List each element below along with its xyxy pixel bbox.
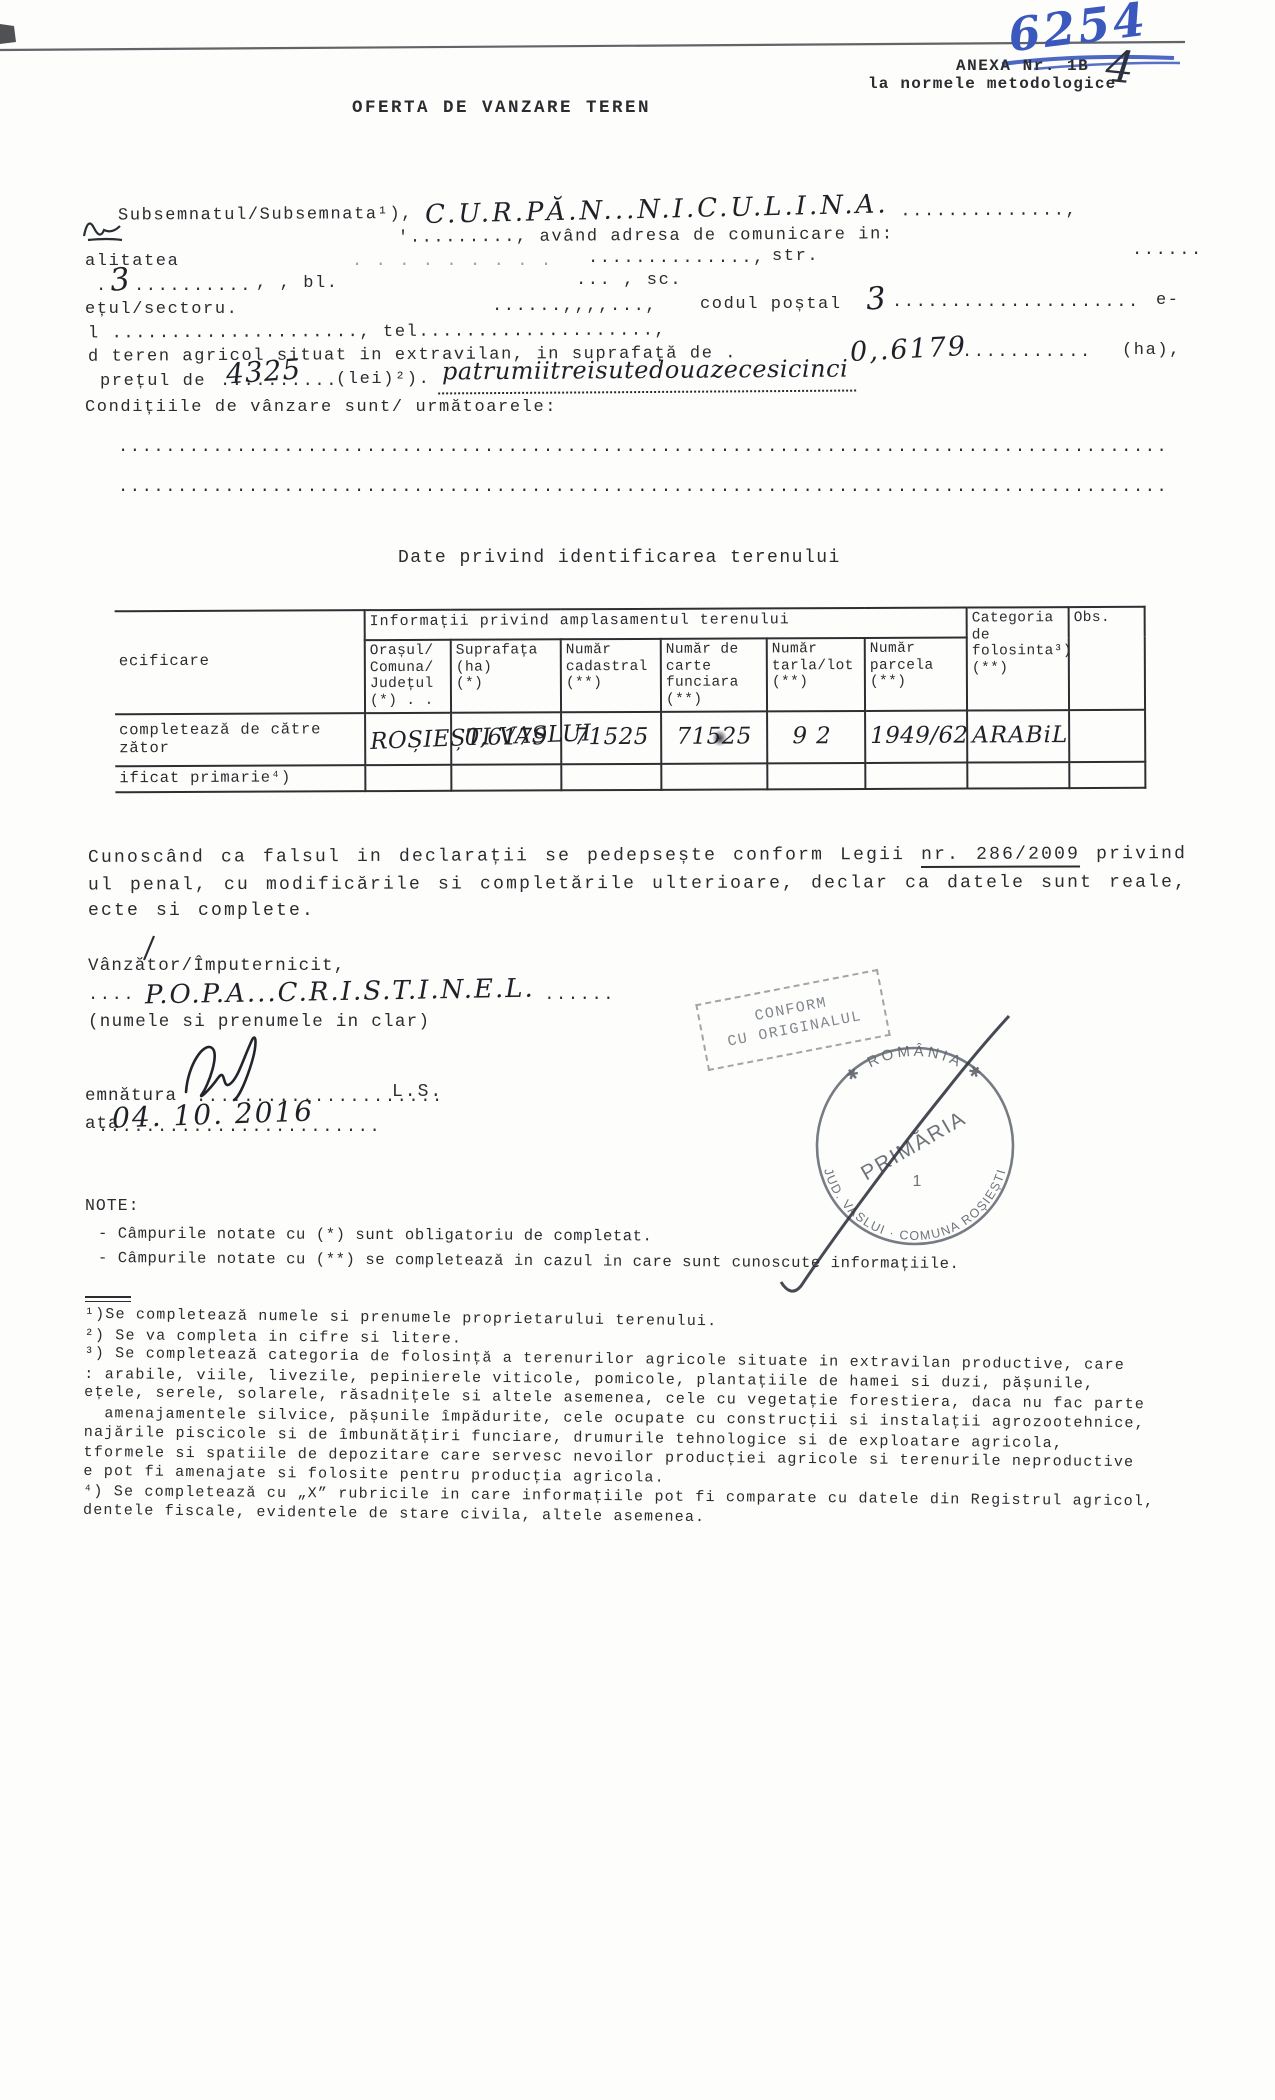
cell-categoria: ARABiL [967,710,1069,762]
footnote-separator [85,1296,131,1302]
header-orasul: Orașul/ Comuna/ Județul (*) . . [365,640,451,713]
cell-parcela: 1949/62 [865,710,967,762]
dotted-leader: ..................... [892,293,1140,312]
dotted-leader: ......,,,,..., [492,297,657,316]
handwritten-parcela: 1949/62 [870,723,968,749]
cell-empty [1069,761,1145,787]
bl-label: , , bl. [256,274,339,293]
seller-name-line: .... P.O.P.A...C.R.I.S.T.I.N.E.L. ...... [88,976,615,1006]
handwritten-3: 3 [108,261,131,299]
dotted-rule: ........................................… [118,478,1168,497]
row-label-se-completeaza: completează de către zător [115,713,365,766]
numele-in-clar-label: (numele si prenumele in clar) [88,1012,430,1032]
handwritten-postal-3: 3 [865,280,887,317]
cell-empty [451,764,561,790]
dotted-leader: '........., [398,228,528,248]
dotted-leader: . . . . . . . . . [352,252,553,271]
stamp-center-number: 1 [913,1173,922,1190]
pen-slash-mark [141,934,157,962]
header-parcela: Număr parcela (**) [865,638,967,711]
header-group-amplasament: Informații privind amplasamentul terenul… [365,608,967,641]
header-obs: Obs. [1069,607,1145,710]
line-adresa: '........., având adresa de comunicare i… [398,225,894,247]
table: ecificare Informații privind amplasament… [115,606,1147,793]
dotted-leader: ...... [544,986,615,1005]
subsemnatul-label: Subsemnatul/Subsemnata¹), [118,205,413,226]
conditiile-label: Condițiile de vânzare sunt/ următoarele: [85,398,557,417]
note-item: - Câmpurile notate cu (*) sunt obligator… [98,1225,653,1246]
note-title: NOTE: [85,1196,140,1215]
lei-label: (lei)²). [336,370,430,389]
vanzator-imputernicit-label: Vânzător/Împuternicit, [88,956,345,976]
handwritten-price-number: 4325 [225,352,302,390]
primaria-round-stamp: ✱ ROMÂNIA ✱ JUD. VASLUI · COMUNA ROȘIEȘT… [795,1036,1035,1276]
anexa-subtitle: la normele metodologice [868,75,1116,93]
cell-empty [767,763,865,789]
pretul-de-label: prețul de [100,372,206,391]
row-label-verificat-primarie: ificat primarie⁴) [115,765,365,792]
scanned-document-page: 6254 4 ANEXA Nr. 1B la normele metodolog… [0,0,1275,2100]
dotted-leader: ...... [1132,241,1203,260]
email-wrap-label: e- [1156,291,1180,310]
dotted-rule: ........................................… [118,438,1168,457]
cell-empty [865,762,967,788]
header-tarla: Număr tarla/lot (**) [767,638,865,711]
header-specificare: ecificare [115,610,365,714]
svg-text:✱ ROMÂNIA ✱: ✱ ROMÂNIA ✱ [843,1043,987,1085]
declaration-line-1: Cunoscând ca falsul in declarații se ped… [88,844,1187,868]
handwritten-carte: 71525 [677,724,752,750]
handwritten-popa-cristinel: P.O.P.A...C.R.I.S.T.I.N.E.L. [145,974,535,1011]
section-heading: Date privind identificarea terenului [398,548,841,568]
table-row-primarie: ificat primarie⁴) [115,761,1145,791]
handwritten-tarla: 92 [792,724,839,750]
dotted-leader: ........... [962,343,1092,362]
dotted-leader: ........................ [98,1118,381,1137]
cell-orasul: ROȘIEȘTI VASLUI [365,712,451,764]
dotted-leader: .............., [900,201,1077,221]
header-carte-funciara: Număr de carte funciara (**) [661,638,767,711]
cell-empty [661,763,767,789]
adresa-label: având adresa de comunicare in: [540,225,894,246]
ha-label: (ha), [1122,341,1181,360]
dotted-leader: .............., [588,249,765,268]
land-identification-table: ecificare Informații privind amplasament… [115,606,1147,793]
pen-scribble [80,212,150,246]
ls-label: L.S. [392,1082,443,1102]
cell-empty [561,764,661,790]
dotted-leader: .... [88,986,135,1005]
cell-carte-funciara: 71525 [661,711,767,763]
law-reference-underlined: nr. 286/2009 [921,844,1080,868]
line-telefon: l ....................., tel............… [88,321,666,343]
str-label: str. [772,247,819,266]
cell-obs [1069,709,1145,761]
header-categoria: Categoria de folosinta³) (**) [967,607,1069,710]
footnotes-block: ¹)Se completează numele si prenumele pro… [83,1306,1210,1532]
anexa-title: ANEXA Nr. 1B [956,57,1089,75]
seller-name-handwritten: C.U.R.PĂ.N...N.I.C.U.L.I.N.A. [425,189,889,230]
dotted-leader: .......... [134,277,252,296]
cell-empty [365,764,451,790]
document-title: OFERTA DE VANZARE TEREN [352,98,651,118]
declaration-text: privind [1080,844,1187,864]
handwritten-categoria: ARABiL [972,723,1068,749]
judetul-sectorul-label: ețul/sectoru. [85,300,238,319]
declaration-text: Cunoscând ca falsul in declarații se ped… [88,845,921,868]
declaration-line-3: ecte si complete. [88,901,315,921]
handwritten-suprafata: 0,.6179 [849,331,968,368]
localitatea-label: alitatea [85,252,179,271]
codul-postal-label: codul poștal [700,295,842,314]
cell-empty [967,762,1069,788]
declaration-line-2: ul penal, cu modificările si completăril… [88,873,1187,896]
line-subsemnatul: Subsemnatul/Subsemnata¹), C.U.R.PĂ.N...N… [118,191,1078,226]
sc-label: ... , sc. [576,271,682,290]
dot: . [96,277,108,296]
header-suprafata: Suprafața (ha) (*) [451,639,561,712]
header-cadastral: Număr cadastral (**) [561,639,661,712]
cell-tarla: 92 [767,711,865,763]
handwritten-price-words: patrumiitreisutedouazecesicinci [438,355,856,395]
table-row-vanzator: completează de către zător ROȘIEȘTI VASL… [115,709,1145,765]
